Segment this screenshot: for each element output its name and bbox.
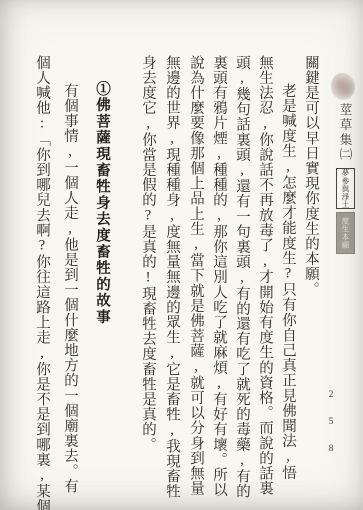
body-column: 關鍵是可以早日實現你度生的本願。 — [303, 55, 319, 493]
series-label: 夢參與淨土 — [336, 169, 355, 209]
body-column: 個人喊他:「你到哪兒去啊?你往這路上走,你是不是到哪裏,某個 — [34, 55, 50, 493]
book-title: 莖草集㈡ — [336, 103, 354, 169]
body-column: 說為什麼要像那個上品上生,當下就是佛菩薩,就可以分身到無量 — [188, 55, 204, 493]
section-heading: ①佛菩薩現畜牲身去度畜牲的故事 — [94, 55, 110, 493]
chapter-label-box: 度生本願 — [336, 212, 355, 254]
body-column: 無生法忍,你說話不再放毒了,才開始有度生的資格。而說的話裏 — [257, 55, 273, 493]
body-column: 頭,幾句話裏頭,還有一句裏頭,有的還有吃了就死的毒藥,有的 — [234, 55, 250, 493]
body-column: 有個事情,一個人走,他是到一個什麼地方的一個廟裏去。有 — [62, 55, 78, 493]
book-page: 莖草集㈡ 夢參與淨土 度生本願 2 5 8 關鍵是可以早日實現你度生的本願。 老… — [0, 0, 363, 510]
ornamental-seal-icon — [331, 73, 355, 100]
body-column: 老是喊度生,怎麼才能度生?只有你自己真正見佛聞法,悟 — [280, 55, 296, 493]
page-number: 2 5 8 — [326, 390, 336, 438]
chapter-label: 度生本願 — [336, 217, 355, 249]
body-column: 裏頭有鴉片煙,種種的,那你這別人吃了就麻煩,有好有壞。所以 — [211, 55, 227, 493]
body-column: 無邊的世界,現種種身,度無量無邊的眾生,它是畜牲,我現畜牲 — [164, 55, 180, 493]
series-label-box: 夢參與淨土 — [336, 168, 355, 209]
body-column: 身去度它,你當是假的?是真的!現畜牲去度畜牲是真的。 — [140, 55, 156, 493]
